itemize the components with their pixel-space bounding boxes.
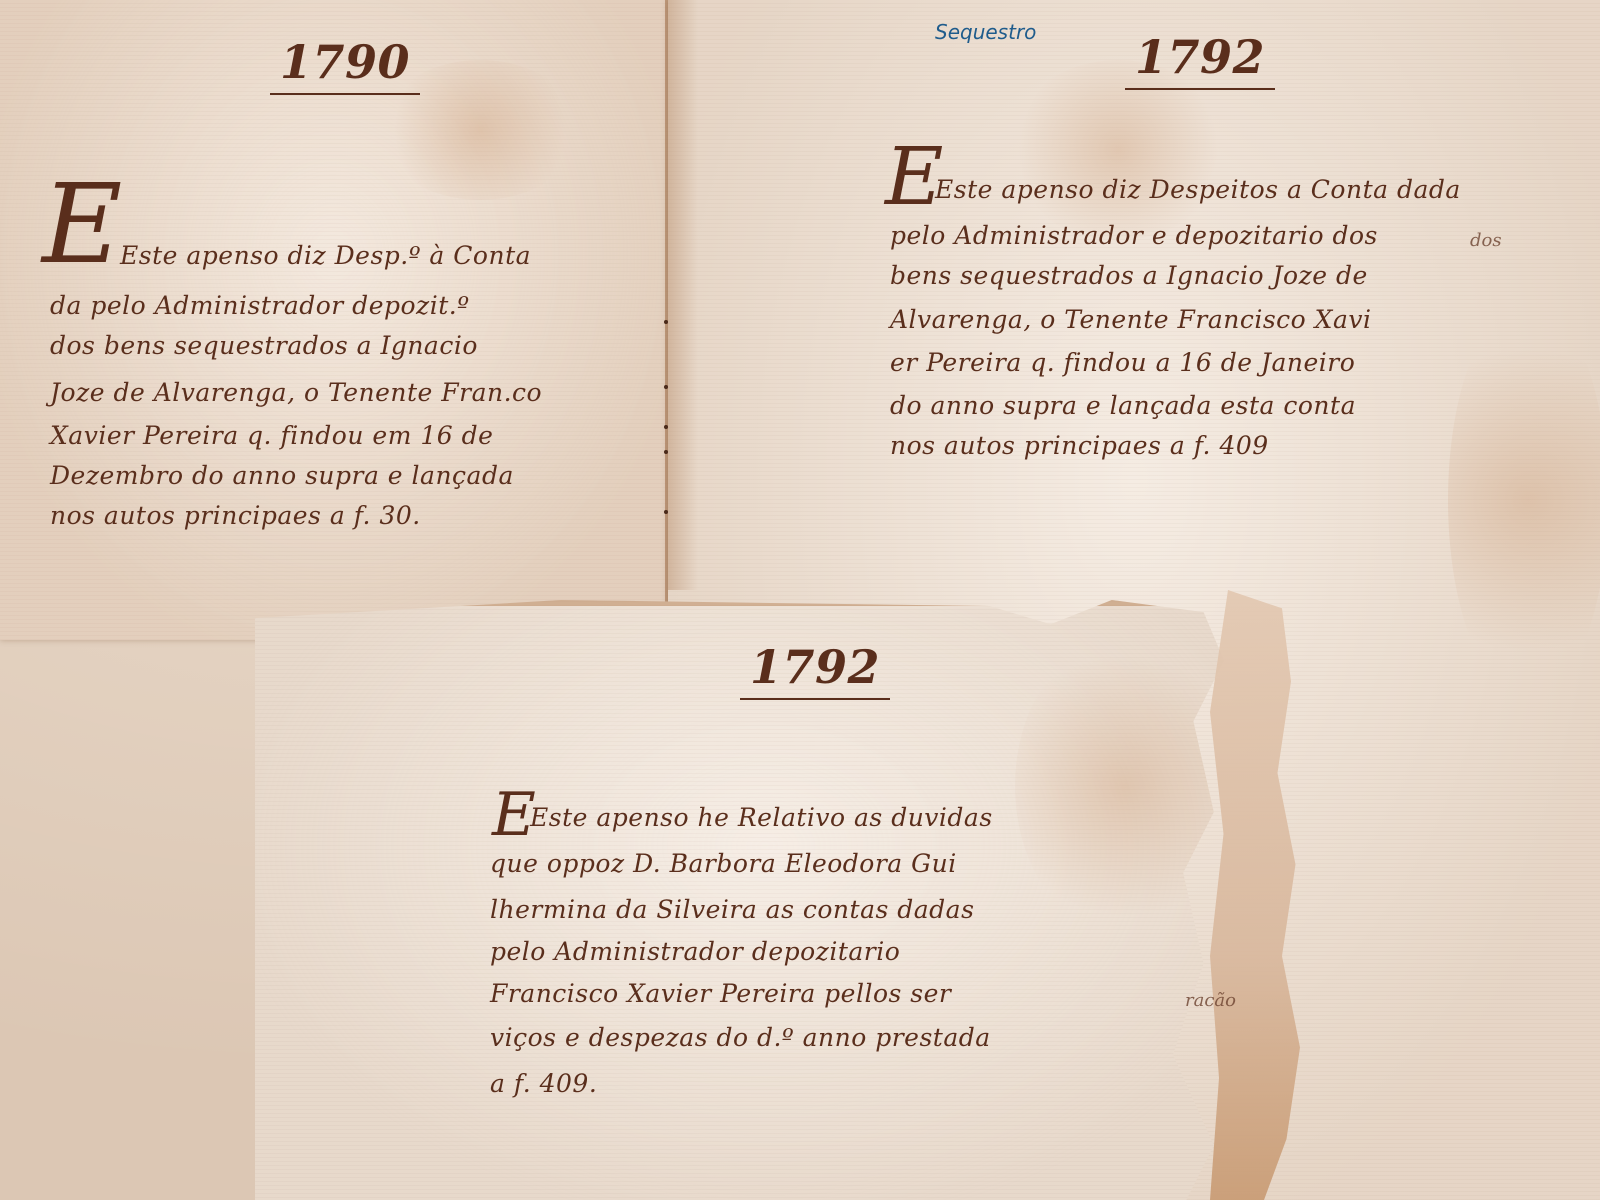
drop-cap-e: E — [42, 160, 122, 288]
sheet-body-line-7: nos autos principaes a f. 30. — [50, 498, 650, 534]
sheet-body-line-4: Alvarenga, o Tenente Francisco Xavi — [890, 302, 1550, 338]
photo-background: 1790 E Este apenso diz Desp.º à Conta da… — [0, 0, 1600, 1200]
sheet-year: 1790 — [270, 35, 420, 95]
sheet-body-line-4: pelo Administrador depozitario — [490, 934, 1130, 970]
torn-paper-edge — [1210, 590, 1300, 1200]
sheet-body-line-2: pelo Administrador e depozitario dos — [890, 218, 1550, 254]
sheet-body-line-3: lhermina da Silveira as contas dadas — [490, 892, 1130, 928]
sheet-body-line-1: Este apenso diz Despeitos a Conta dada — [935, 172, 1555, 208]
sheet-body-line-3: bens sequestrados a Ignacio Joze de — [890, 258, 1550, 294]
sheet-body-line-5: er Pereira q. findou a 16 de Janeiro — [890, 345, 1550, 381]
blue-ink-annotation: Sequestro — [935, 20, 1036, 44]
sheet-body-line-7: nos autos principaes a f. 409 — [890, 428, 1550, 464]
sheet-body-line-2: que oppoz D. Barbora Eleodora Gui — [490, 846, 1130, 882]
sheet-body-line-1: Este apenso diz Desp.º à Conta — [120, 238, 660, 274]
fragment-text: racão — [1185, 990, 1236, 1011]
sheet-body-line-4: Joze de Alvarenga, o Tenente Fran.co — [50, 375, 650, 411]
sheet-body-line-7: a f. 409. — [490, 1066, 1130, 1102]
sheet-body-line-6: Dezembro do anno supra e lançada — [50, 458, 650, 494]
sheet-year: 1792 — [1125, 30, 1275, 90]
sheet-body-line-6: do anno supra e lançada esta conta — [890, 388, 1550, 424]
manuscript-sheet-1790: 1790 E Este apenso diz Desp.º à Conta da… — [0, 0, 668, 640]
sheet-body-line-2: da pelo Administrador depozit.º — [50, 288, 650, 324]
sheet-year: 1792 — [740, 640, 890, 700]
sheet-body-line-1: Este apenso he Relativo as duvidas — [530, 800, 1130, 836]
sheet-body-line-6: viços e despezas do d.º anno prestada — [490, 1020, 1130, 1056]
sheet-body-line-5: Xavier Pereira q. findou em 16 de — [50, 418, 650, 454]
sheet-body-line-5: Francisco Xavier Pereira pellos ser — [490, 976, 1130, 1012]
sheet-body-line-3: dos bens sequestrados a Ignacio — [50, 328, 650, 364]
fragment-text: dos — [1470, 230, 1502, 251]
